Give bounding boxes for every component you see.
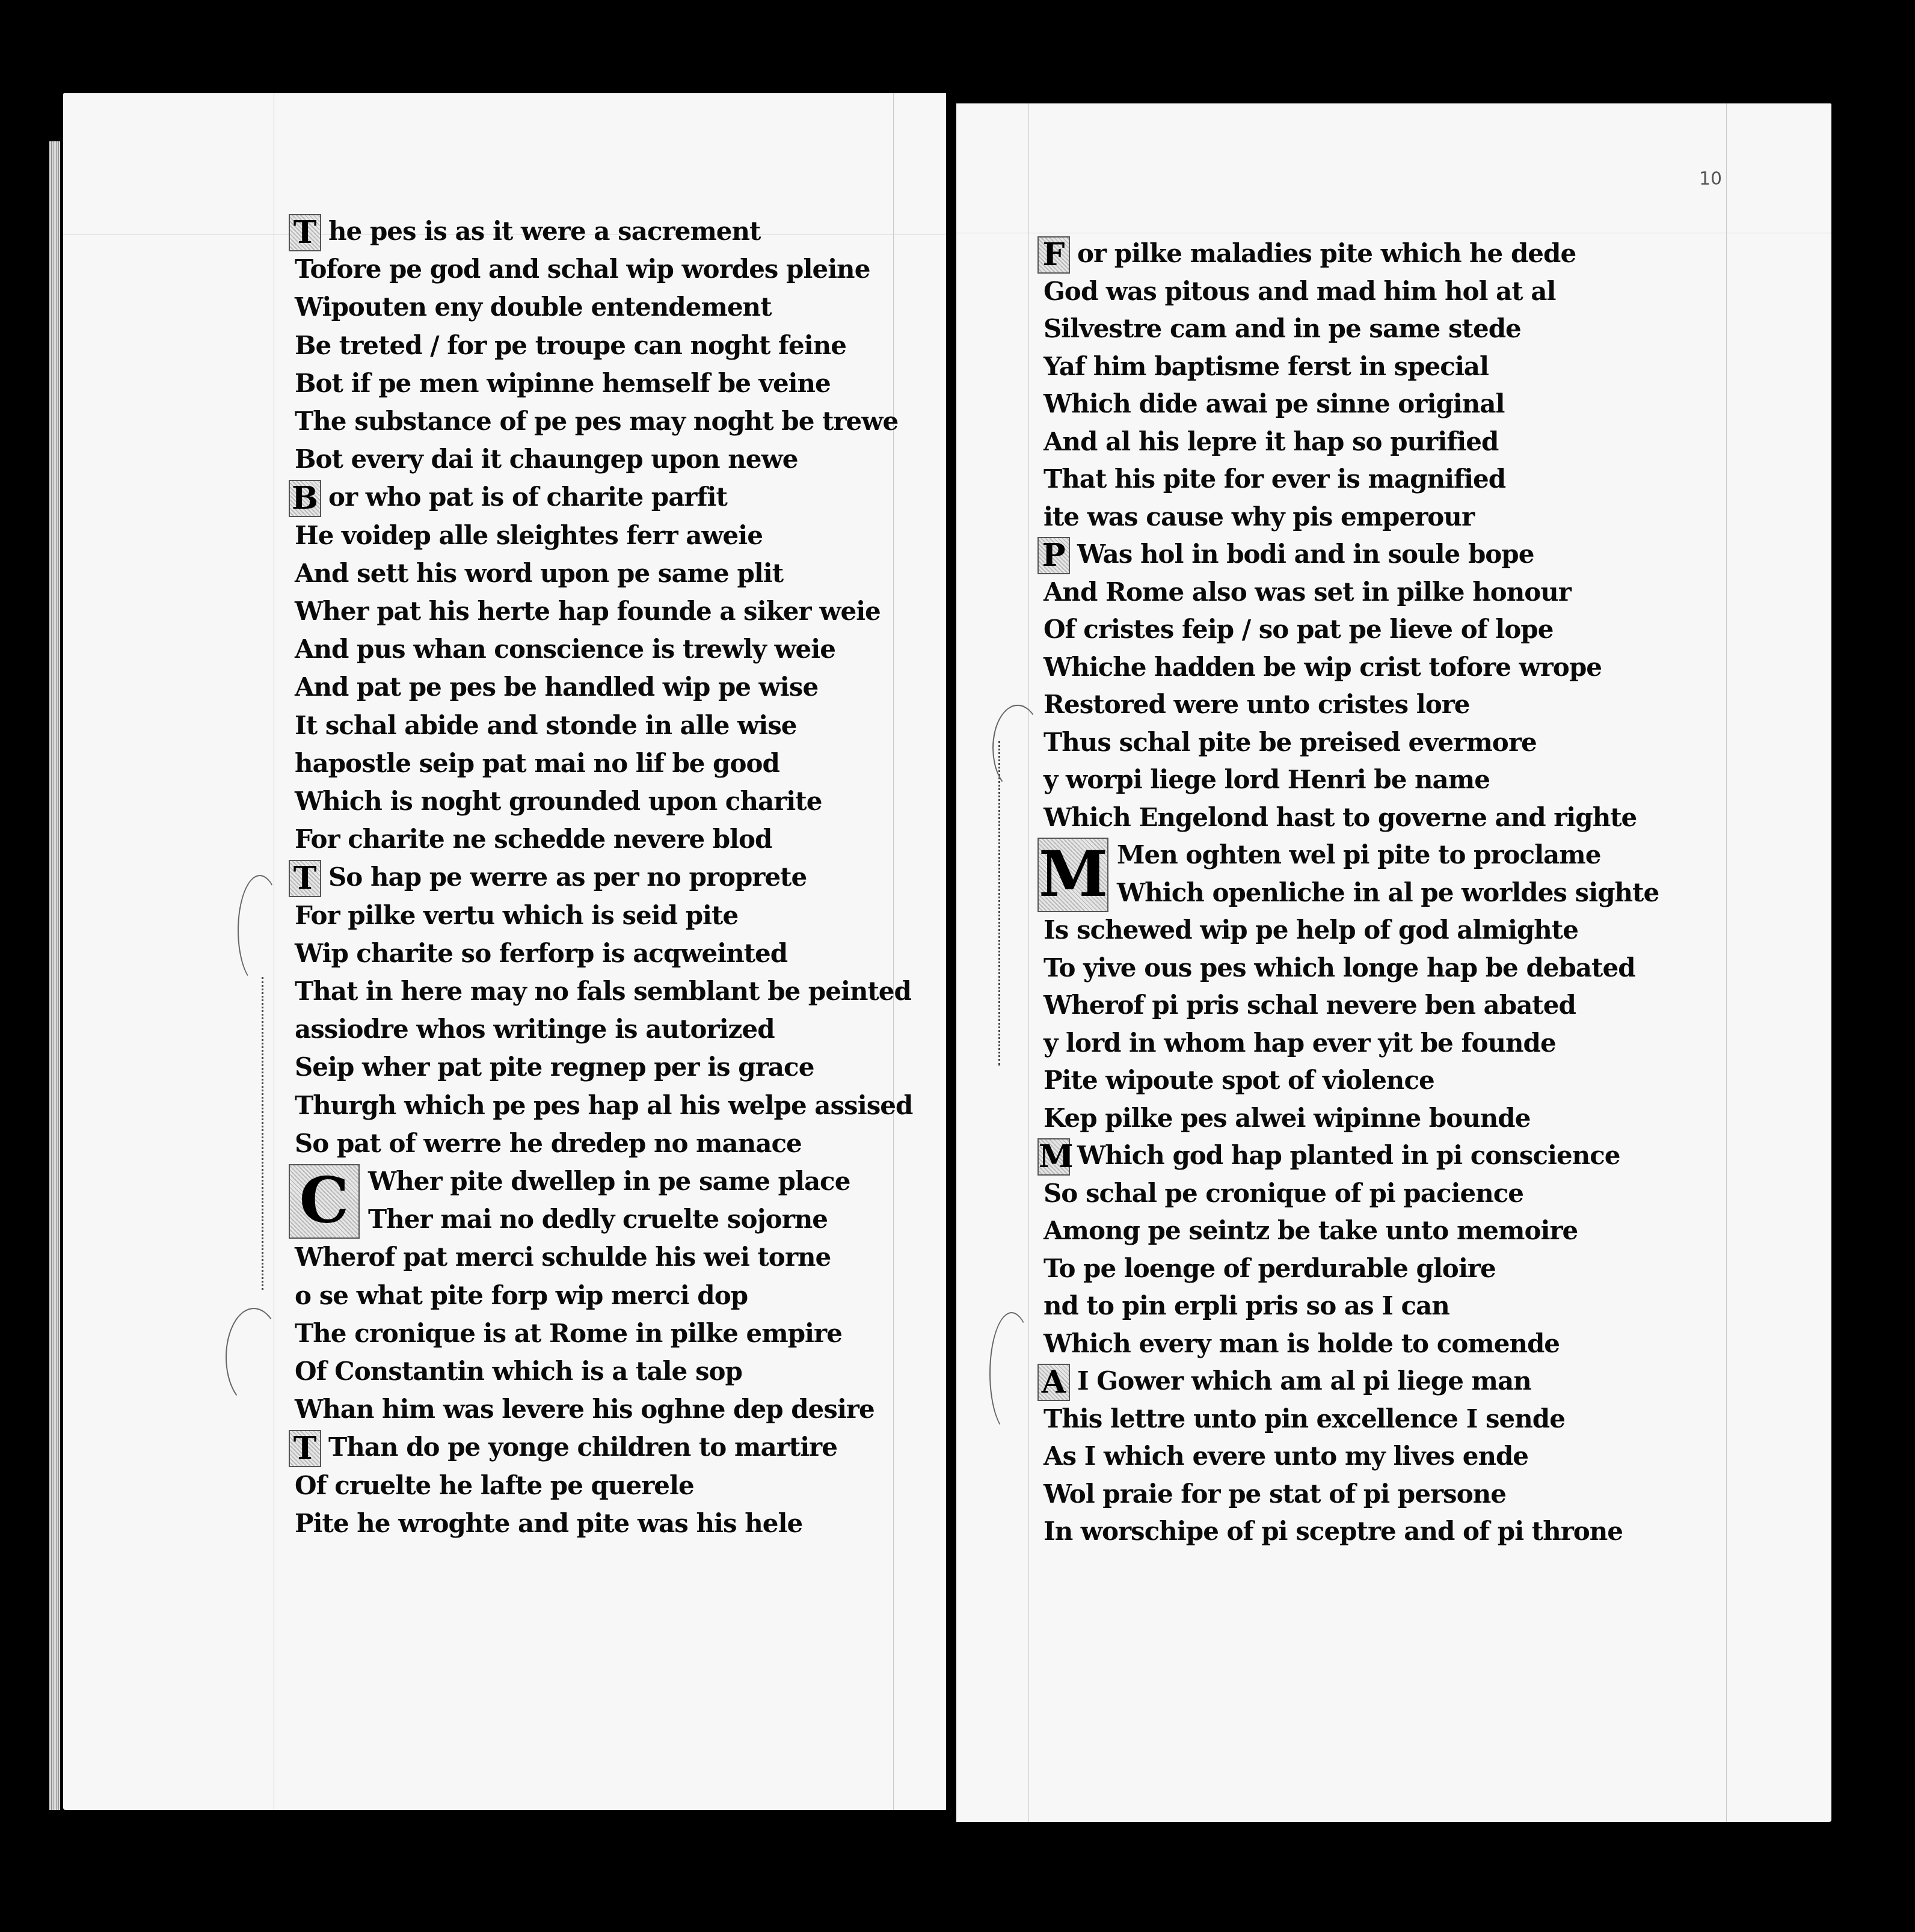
decorated-initial: M bbox=[1037, 838, 1108, 912]
verse-line: Was hol in bodi and in soule bope bbox=[1077, 539, 1534, 569]
verse-line: Whiche hadden be wip crist tofore wrope bbox=[1044, 652, 1602, 682]
ruling-line bbox=[1726, 103, 1727, 1822]
verse-line: In worschipe of pi sceptre and of pi thr… bbox=[1044, 1516, 1623, 1547]
decorated-initial: P bbox=[1037, 537, 1070, 574]
verse-line: The substance of pe pes may noght be tre… bbox=[295, 406, 898, 437]
verse-line: Whan him was levere his oghne dep desire bbox=[295, 1394, 875, 1424]
verse-line: nd to pin erpli pris so as I can bbox=[1044, 1291, 1449, 1321]
verse-line: Kep pilke pes alwei wipinne bounde bbox=[1044, 1103, 1530, 1133]
verse-line: As I which evere unto my lives ende bbox=[1044, 1441, 1528, 1471]
verse-line: Men oghten wel pi pite to proclame bbox=[1117, 840, 1600, 870]
marginal-flourish bbox=[226, 1308, 282, 1406]
right-page: 10 For pilke maladies pite which he dede… bbox=[956, 103, 1831, 1822]
verse-line: He voidep alle sleightes ferr aweie bbox=[295, 521, 763, 551]
verse-line: Ther mai no dedly cruelte sojorne bbox=[368, 1204, 828, 1234]
decorated-initial: A bbox=[1037, 1364, 1070, 1401]
verse-line: And al his lepre it hap so purified bbox=[1044, 427, 1498, 457]
verse-line: Thurgh which pe pes hap al his welpe ass… bbox=[295, 1091, 912, 1121]
verse-line: Of cristes feip / so pat pe lieve of lop… bbox=[1044, 615, 1553, 645]
verse-line: And pus whan conscience is trewly weie bbox=[295, 634, 835, 664]
verse-line: Restored were unto cristes lore bbox=[1044, 690, 1470, 720]
marginal-flourish bbox=[989, 1312, 1034, 1435]
verse-line: Pite he wroghte and pite was his hele bbox=[295, 1509, 802, 1539]
verse-line: Wher pat his herte hap founde a siker we… bbox=[295, 596, 881, 627]
verse-line: That in here may no fals semblant be pei… bbox=[295, 977, 911, 1007]
verse-line: Tofore pe god and schal wip wordes plein… bbox=[295, 254, 870, 284]
decorated-initial: F bbox=[1037, 236, 1070, 274]
verse-line: And pat pe pes be handled wip pe wise bbox=[295, 672, 818, 702]
marginal-flourish bbox=[992, 705, 1043, 791]
verse-line: Wol praie for pe stat of pi persone bbox=[1044, 1479, 1506, 1509]
verse-line: Which every man is holde to comende bbox=[1044, 1329, 1560, 1359]
verse-line: It schal abide and stonde in alle wise bbox=[295, 711, 797, 741]
verse-line: This lettre unto pin excellence I sende bbox=[1044, 1404, 1565, 1434]
verse-line: he pes is as it were a sacrement bbox=[328, 216, 760, 247]
verse-line: And sett his word upon pe same plit bbox=[295, 559, 783, 589]
marginal-flourish bbox=[238, 875, 282, 986]
verse-line: Wherof pat merci schulde his wei torne bbox=[295, 1242, 831, 1272]
verse-line: Thus schal pite be preised evermore bbox=[1044, 728, 1537, 758]
verse-line: For pilke vertu which is seid pite bbox=[295, 901, 738, 931]
verse-line: Which openliche in al pe worldes sighte bbox=[1117, 878, 1659, 908]
verse-line: Wherof pi pris schal nevere ben abated bbox=[1044, 990, 1576, 1020]
verse-line: Of Constantin which is a tale sop bbox=[295, 1357, 742, 1387]
verse-line: Seip wher pat pite regnep per is grace bbox=[295, 1052, 814, 1082]
verse-line: So pat of werre he dredep no manace bbox=[295, 1129, 802, 1159]
decorated-initial: M bbox=[1037, 1138, 1070, 1176]
decorated-initial: B bbox=[289, 480, 321, 517]
verse-line: Bot every dai it chaungep upon newe bbox=[295, 444, 798, 474]
verse-line: The cronique is at Rome in pilke empire bbox=[295, 1319, 842, 1349]
left-page: The pes is as it were a sacrementTofore … bbox=[63, 93, 946, 1810]
page-edges bbox=[49, 141, 60, 1810]
verse-line: Which god hap planted in pi conscience bbox=[1077, 1141, 1620, 1171]
verse-line: ite was cause why pis emperour bbox=[1044, 502, 1474, 532]
verse-line: That his pite for ever is magnified bbox=[1044, 464, 1505, 494]
verse-line: To pe loenge of perdurable gloire bbox=[1044, 1254, 1496, 1284]
verse-line: y worpi liege lord Henri be name bbox=[1044, 765, 1490, 795]
verse-line: Yaf him baptisme ferst in special bbox=[1044, 352, 1489, 382]
folio-number: 10 bbox=[1699, 168, 1722, 189]
verse-line: Wher pite dwellep in pe same place bbox=[368, 1167, 850, 1197]
verse-line: or who pat is of charite parfit bbox=[328, 482, 727, 512]
decorated-initial: T bbox=[289, 860, 321, 897]
decorated-initial: T bbox=[289, 1430, 321, 1467]
verse-line: hapostle seip pat mai no lif be good bbox=[295, 749, 779, 779]
verse-line: Is schewed wip pe help of god almighte bbox=[1044, 915, 1578, 945]
verse-line: o se what pite forp wip merci dop bbox=[295, 1281, 748, 1311]
verse-line: Of cruelte he lafte pe querele bbox=[295, 1471, 694, 1501]
decorated-initial: T bbox=[289, 214, 321, 251]
ruling-line bbox=[956, 233, 1831, 233]
verse-line: Bot if pe men wipinne hemself be veine bbox=[295, 369, 831, 399]
verse-line: Which dide awai pe sinne original bbox=[1044, 389, 1504, 419]
verse-line: I Gower which am al pi liege man bbox=[1077, 1366, 1531, 1396]
verse-line: Which is noght grounded upon charite bbox=[295, 787, 822, 817]
verse-line: For charite ne schedde nevere blod bbox=[295, 824, 772, 854]
verse-line: Which Engelond hast to governe and right… bbox=[1044, 803, 1637, 833]
verse-line: To yive ous pes which longe hap be debat… bbox=[1044, 953, 1635, 983]
verse-line: God was pitous and mad him hol at al bbox=[1044, 277, 1556, 307]
verse-line: So hap pe werre as per no proprete bbox=[328, 862, 807, 892]
marginal-flourish bbox=[998, 741, 1009, 1066]
verse-line: And Rome also was set in pilke honour bbox=[1044, 577, 1571, 607]
verse-line: Pite wipoute spot of violence bbox=[1044, 1066, 1434, 1096]
verse-line: or pilke maladies pite which he dede bbox=[1077, 239, 1576, 269]
ruling-line bbox=[893, 93, 894, 1810]
verse-line: So schal pe cronique of pi pacience bbox=[1044, 1179, 1523, 1209]
verse-line: Than do pe yonge children to martire bbox=[328, 1432, 837, 1462]
verse-line: Wip charite so ferforp is acqweinted bbox=[295, 939, 787, 969]
verse-line: assiodre whos writinge is autorized bbox=[295, 1014, 775, 1044]
verse-line: y lord in whom hap ever yit be founde bbox=[1044, 1028, 1556, 1058]
verse-line: Be treted / for pe troupe can noght fein… bbox=[295, 331, 846, 361]
verse-line: Among pe seintz be take unto memoire bbox=[1044, 1216, 1578, 1246]
marginal-flourish bbox=[262, 977, 272, 1290]
decorated-initial: C bbox=[289, 1164, 360, 1239]
ruling-line bbox=[1028, 103, 1029, 1822]
verse-line: Silvestre cam and in pe same stede bbox=[1044, 314, 1521, 344]
verse-line: Wipouten eny double entendement bbox=[295, 292, 772, 322]
